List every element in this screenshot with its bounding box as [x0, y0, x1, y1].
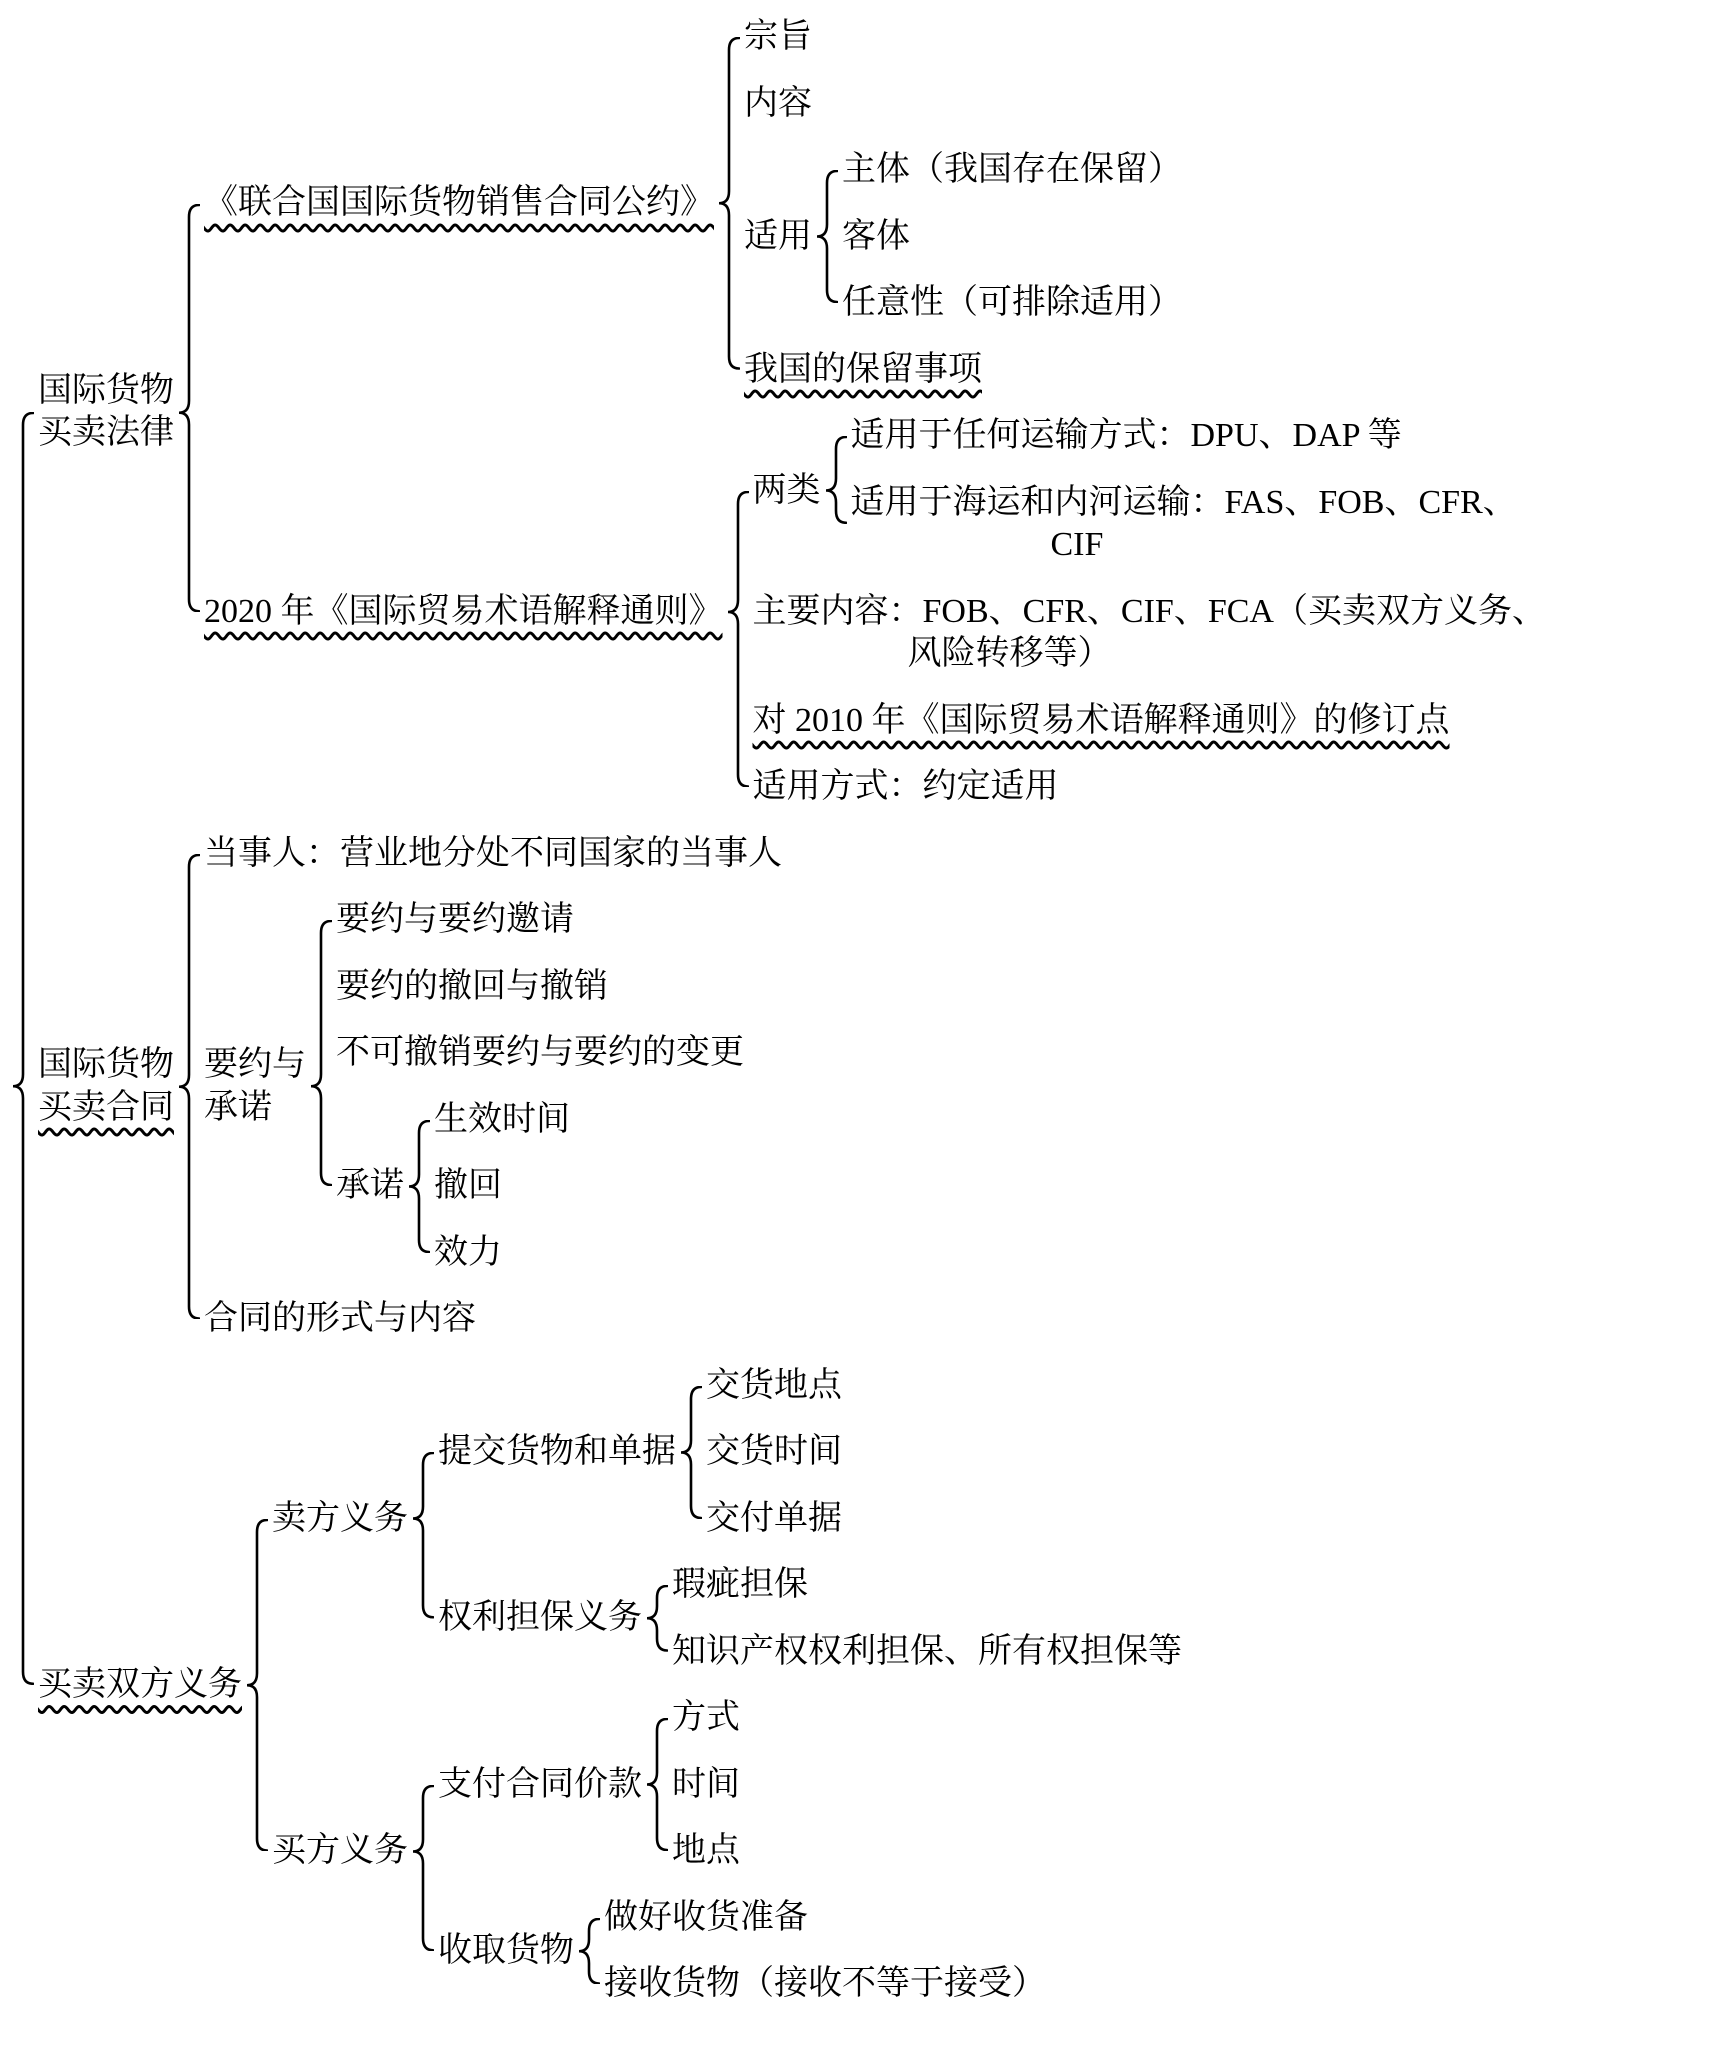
node-label: 适用方式：约定适用: [753, 754, 1059, 821]
node-label-line: 任意性（可排除适用）: [842, 282, 1182, 325]
curly-brace-icon: [408, 1087, 430, 1287]
tree-node: 交货地点: [706, 1353, 842, 1420]
node-label: 卖方义务: [272, 1486, 408, 1553]
node-label: 适用于任何运输方式：DPU、DAP 等: [851, 403, 1402, 470]
node-label-line: 宗旨: [744, 16, 812, 59]
node-label: 2020 年《国际贸易术语解释通则》: [204, 579, 723, 646]
children-group: 方式时间地点: [672, 1685, 740, 1885]
node-label: 提交货物和单据: [438, 1419, 676, 1486]
node-label-line: 适用方式：约定适用: [753, 766, 1059, 809]
tree-node: 知识产权权利担保、所有权担保等: [672, 1619, 1182, 1686]
children-group: 当事人：营业地分处不同国家的当事人要约与承诺要约与要约邀请要约的撤回与撤销不可撤…: [204, 821, 782, 1353]
node-label-line: 2020 年《国际贸易术语解释通则》: [204, 591, 723, 634]
node-label: 客体: [842, 204, 910, 271]
node-label: 收取货物: [438, 1918, 574, 1985]
tree-node: 2020 年《国际贸易术语解释通则》两类适用于任何运输方式：DPU、DAP 等适…: [204, 403, 1546, 821]
node-label: 两类: [753, 458, 821, 525]
node-label: 承诺: [336, 1153, 404, 1220]
node-label: 对 2010 年《国际贸易术语解释通则》的修订点: [753, 688, 1450, 755]
tree-node: 国际货物买卖法律《联合国国际货物销售合同公约》宗旨内容适用主体（我国存在保留）客…: [38, 4, 1546, 821]
tree-node: 不可撤销要约与要约的变更: [336, 1020, 744, 1087]
children-group: 卖方义务提交货物和单据交货地点交货时间交付单据权利担保义务瑕疵担保知识产权权利担…: [272, 1353, 1182, 2018]
tree-node: 主体（我国存在保留）: [842, 137, 1182, 204]
children-group: 国际货物买卖法律《联合国国际货物销售合同公约》宗旨内容适用主体（我国存在保留）客…: [38, 4, 1546, 2018]
node-label-line: 适用于任何运输方式：DPU、DAP 等: [851, 415, 1402, 458]
tree-node: 合同的形式与内容: [204, 1286, 476, 1353]
node-label: 我国的保留事项: [744, 337, 982, 404]
node-label-line: 生效时间: [434, 1099, 570, 1142]
node-label: 不可撤销要约与要约的变更: [336, 1020, 744, 1087]
node-label-line: 承诺: [204, 1087, 306, 1130]
tree-node: 地点: [672, 1818, 740, 1885]
node-label-line: 收取货物: [438, 1930, 574, 1973]
node-label: 国际货物买卖法律: [38, 358, 174, 467]
tree-node: 效力: [434, 1220, 502, 1287]
node-label-line: 接收货物（接收不等于接受）: [604, 1963, 1046, 2006]
node-label: 买方义务: [272, 1818, 408, 1885]
node-label: 主要内容：FOB、CFR、CIF、FCA（买卖双方义务、风险转移等）: [753, 579, 1546, 688]
curly-brace-icon: [178, 4, 200, 821]
children-group: 要约与要约邀请要约的撤回与撤销不可撤销要约与要约的变更承诺生效时间撤回效力: [336, 887, 744, 1286]
tree-node: 接收货物（接收不等于接受）: [604, 1951, 1046, 2018]
node-label-line: 当事人：营业地分处不同国家的当事人: [204, 833, 782, 876]
node-label: 宗旨: [744, 4, 812, 71]
curly-brace-icon: [412, 1685, 434, 2018]
node-label: 方式: [672, 1685, 740, 1752]
node-label: 适用于海运和内河运输：FAS、FOB、CFR、CIF: [851, 470, 1517, 579]
node-label-line: 内容: [744, 83, 812, 126]
children-group: 支付合同价款方式时间地点收取货物做好收货准备接收货物（接收不等于接受）: [438, 1685, 1046, 2018]
node-label-line: 主体（我国存在保留）: [842, 149, 1182, 192]
node-label: 知识产权权利担保、所有权担保等: [672, 1619, 1182, 1686]
tree-node: 支付合同价款方式时间地点: [438, 1685, 740, 1885]
tree-node: 宗旨: [744, 4, 812, 71]
children-group: 两类适用于任何运输方式：DPU、DAP 等适用于海运和内河运输：FAS、FOB、…: [753, 403, 1546, 821]
node-label-line: 支付合同价款: [438, 1764, 642, 1807]
node-label-line: 风险转移等）: [908, 633, 1546, 676]
tree-node: 当事人：营业地分处不同国家的当事人: [204, 821, 782, 888]
tree-node: 要约与承诺要约与要约邀请要约的撤回与撤销不可撤销要约与要约的变更承诺生效时间撤回…: [204, 887, 744, 1286]
node-label: 时间: [672, 1752, 740, 1819]
tree-node: 适用方式：约定适用: [753, 754, 1059, 821]
tree-node: 两类适用于任何运输方式：DPU、DAP 等适用于海运和内河运输：FAS、FOB、…: [753, 403, 1517, 579]
node-label: 内容: [744, 71, 812, 138]
node-label-line: 两类: [753, 470, 821, 513]
node-label-line: 对 2010 年《国际贸易术语解释通则》的修订点: [753, 700, 1450, 743]
children-group: 适用于任何运输方式：DPU、DAP 等适用于海运和内河运输：FAS、FOB、CF…: [851, 403, 1517, 579]
node-label-line: 撤回: [434, 1165, 502, 1208]
node-label: 交货地点: [706, 1353, 842, 1420]
node-label-line: 方式: [672, 1697, 740, 1740]
curly-brace-icon: [12, 4, 34, 2018]
node-label: 权利担保义务: [438, 1585, 642, 1652]
node-label-line: 《联合国国际货物销售合同公约》: [204, 182, 714, 225]
node-label-line: 权利担保义务: [438, 1597, 642, 1640]
tree-node: 客体: [842, 204, 910, 271]
tree-node: 主要内容：FOB、CFR、CIF、FCA（买卖双方义务、风险转移等）: [753, 579, 1546, 688]
tree-node: 提交货物和单据交货地点交货时间交付单据: [438, 1353, 842, 1553]
node-label: 做好收货准备: [604, 1885, 808, 1952]
node-label-line: 地点: [672, 1830, 740, 1873]
tree-node: 权利担保义务瑕疵担保知识产权权利担保、所有权担保等: [438, 1552, 1182, 1685]
node-label-line: 主要内容：FOB、CFR、CIF、FCA（买卖双方义务、: [753, 591, 1546, 634]
curly-brace-icon: [646, 1552, 668, 1685]
tree-node: 方式: [672, 1685, 740, 1752]
tree-node: 交付单据: [706, 1486, 842, 1553]
children-group: 《联合国国际货物销售合同公约》宗旨内容适用主体（我国存在保留）客体任意性（可排除…: [204, 4, 1546, 821]
tree-node: 我国的保留事项: [744, 337, 982, 404]
node-label-line: 要约与: [204, 1044, 306, 1087]
tree-node: 要约与要约邀请: [336, 887, 574, 954]
node-label-line: 瑕疵担保: [672, 1564, 808, 1607]
tree-node: 买方义务支付合同价款方式时间地点收取货物做好收货准备接收货物（接收不等于接受）: [272, 1685, 1046, 2018]
tree-node: 收取货物做好收货准备接收货物（接收不等于接受）: [438, 1885, 1046, 2018]
node-label: 要约的撤回与撤销: [336, 954, 608, 1021]
tree-node: 瑕疵担保: [672, 1552, 808, 1619]
node-label: 买卖双方义务: [38, 1652, 242, 1719]
tree-node: 对 2010 年《国际贸易术语解释通则》的修订点: [753, 688, 1450, 755]
tree-node: 时间: [672, 1752, 740, 1819]
tree-node: 交货时间: [706, 1419, 842, 1486]
node-label-line: 国际货物: [38, 370, 174, 413]
node-label: 适用: [744, 204, 812, 271]
children-group: 做好收货准备接收货物（接收不等于接受）: [604, 1885, 1046, 2018]
node-label: 接收货物（接收不等于接受）: [604, 1951, 1046, 2018]
tree-node: 卖方义务提交货物和单据交货地点交货时间交付单据权利担保义务瑕疵担保知识产权权利担…: [272, 1353, 1182, 1686]
node-label-line: 适用于海运和内河运输：FAS、FOB、CFR、: [851, 482, 1517, 525]
curly-brace-icon: [816, 137, 838, 337]
tree-node: 撤回: [434, 1153, 502, 1220]
node-label-line: CIF: [1051, 524, 1517, 567]
tree-node: 《联合国国际货物销售合同公约》宗旨内容适用主体（我国存在保留）客体任意性（可排除…: [204, 4, 1182, 403]
tree-node: 任意性（可排除适用）: [842, 270, 1182, 337]
tree-node: 生效时间: [434, 1087, 570, 1154]
node-label-line: 时间: [672, 1764, 740, 1807]
node-label-line: 适用: [744, 216, 812, 259]
curly-brace-icon: [718, 4, 740, 403]
curly-brace-icon: [412, 1353, 434, 1686]
tree-node: 买卖双方义务卖方义务提交货物和单据交货地点交货时间交付单据权利担保义务瑕疵担保知…: [38, 1353, 1182, 2018]
curly-brace-icon: [727, 403, 749, 821]
node-label-line: 买卖双方义务: [38, 1664, 242, 1707]
tree-node: 适用于海运和内河运输：FAS、FOB、CFR、CIF: [851, 470, 1517, 579]
node-label: 主体（我国存在保留）: [842, 137, 1182, 204]
tree-node: 国际货物买卖合同当事人：营业地分处不同国家的当事人要约与承诺要约与要约邀请要约的…: [38, 821, 782, 1353]
node-label: 撤回: [434, 1153, 502, 1220]
curly-brace-icon: [680, 1353, 702, 1553]
tree-node: 承诺生效时间撤回效力: [336, 1087, 570, 1287]
node-label-line: 不可撤销要约与要约的变更: [336, 1032, 744, 1075]
node-label: 《联合国国际货物销售合同公约》: [204, 170, 714, 237]
node-label-line: 要约的撤回与撤销: [336, 966, 608, 1009]
node-label-line: 交货时间: [706, 1431, 842, 1474]
node-label: 支付合同价款: [438, 1752, 642, 1819]
tree-node: 适用主体（我国存在保留）客体任意性（可排除适用）: [744, 137, 1182, 337]
tree-node: 内容: [744, 71, 812, 138]
children-group: 瑕疵担保知识产权权利担保、所有权担保等: [672, 1552, 1182, 1685]
curly-brace-icon: [178, 821, 200, 1353]
node-label-line: 国际货物: [38, 1044, 174, 1087]
children-group: 生效时间撤回效力: [434, 1087, 570, 1287]
node-label: 国际货物买卖合同: [38, 1032, 174, 1141]
node-label-line: 做好收货准备: [604, 1897, 808, 1940]
node-label: 当事人：营业地分处不同国家的当事人: [204, 821, 782, 888]
node-label-line: 我国的保留事项: [744, 349, 982, 392]
children-group: 交货地点交货时间交付单据: [706, 1353, 842, 1553]
node-label-line: 卖方义务: [272, 1498, 408, 1541]
node-label-line: 知识产权权利担保、所有权担保等: [672, 1631, 1182, 1674]
node-label-line: 提交货物和单据: [438, 1431, 676, 1474]
node-label: 交货时间: [706, 1419, 842, 1486]
mindmap-canvas: 国际货物买卖法律《联合国国际货物销售合同公约》宗旨内容适用主体（我国存在保留）客…: [0, 0, 1719, 2072]
node-label-line: 买卖合同: [38, 1087, 174, 1130]
curly-brace-icon: [646, 1685, 668, 1885]
tree-node: 要约的撤回与撤销: [336, 954, 608, 1021]
node-label-line: 买卖法律: [38, 412, 174, 455]
node-label: 效力: [434, 1220, 502, 1287]
node-label: 瑕疵担保: [672, 1552, 808, 1619]
curly-brace-icon: [825, 403, 847, 579]
tree-node: 做好收货准备: [604, 1885, 808, 1952]
curly-brace-icon: [310, 887, 332, 1286]
node-label-line: 交付单据: [706, 1498, 842, 1541]
node-label: 合同的形式与内容: [204, 1286, 476, 1353]
tree-node: 国际货物买卖法律《联合国国际货物销售合同公约》宗旨内容适用主体（我国存在保留）客…: [8, 4, 1719, 2018]
children-group: 主体（我国存在保留）客体任意性（可排除适用）: [842, 137, 1182, 337]
node-label-line: 交货地点: [706, 1365, 842, 1408]
children-group: 宗旨内容适用主体（我国存在保留）客体任意性（可排除适用）我国的保留事项: [744, 4, 1182, 403]
tree-node: 适用于任何运输方式：DPU、DAP 等: [851, 403, 1402, 470]
node-label-line: 客体: [842, 216, 910, 259]
node-label-line: 要约与要约邀请: [336, 899, 574, 942]
children-group: 提交货物和单据交货地点交货时间交付单据权利担保义务瑕疵担保知识产权权利担保、所有…: [438, 1353, 1182, 1686]
curly-brace-icon: [578, 1885, 600, 2018]
node-label-line: 合同的形式与内容: [204, 1298, 476, 1341]
mindmap-root: 国际货物买卖法律《联合国国际货物销售合同公约》宗旨内容适用主体（我国存在保留）客…: [8, 4, 1719, 2018]
node-label: 生效时间: [434, 1087, 570, 1154]
node-label: 要约与要约邀请: [336, 887, 574, 954]
node-label: 任意性（可排除适用）: [842, 270, 1182, 337]
node-label: 地点: [672, 1818, 740, 1885]
node-label: 要约与承诺: [204, 1032, 306, 1141]
node-label-line: 买方义务: [272, 1830, 408, 1873]
node-label-line: 效力: [434, 1232, 502, 1275]
curly-brace-icon: [246, 1353, 268, 2018]
node-label: 交付单据: [706, 1486, 842, 1553]
node-label-line: 承诺: [336, 1165, 404, 1208]
